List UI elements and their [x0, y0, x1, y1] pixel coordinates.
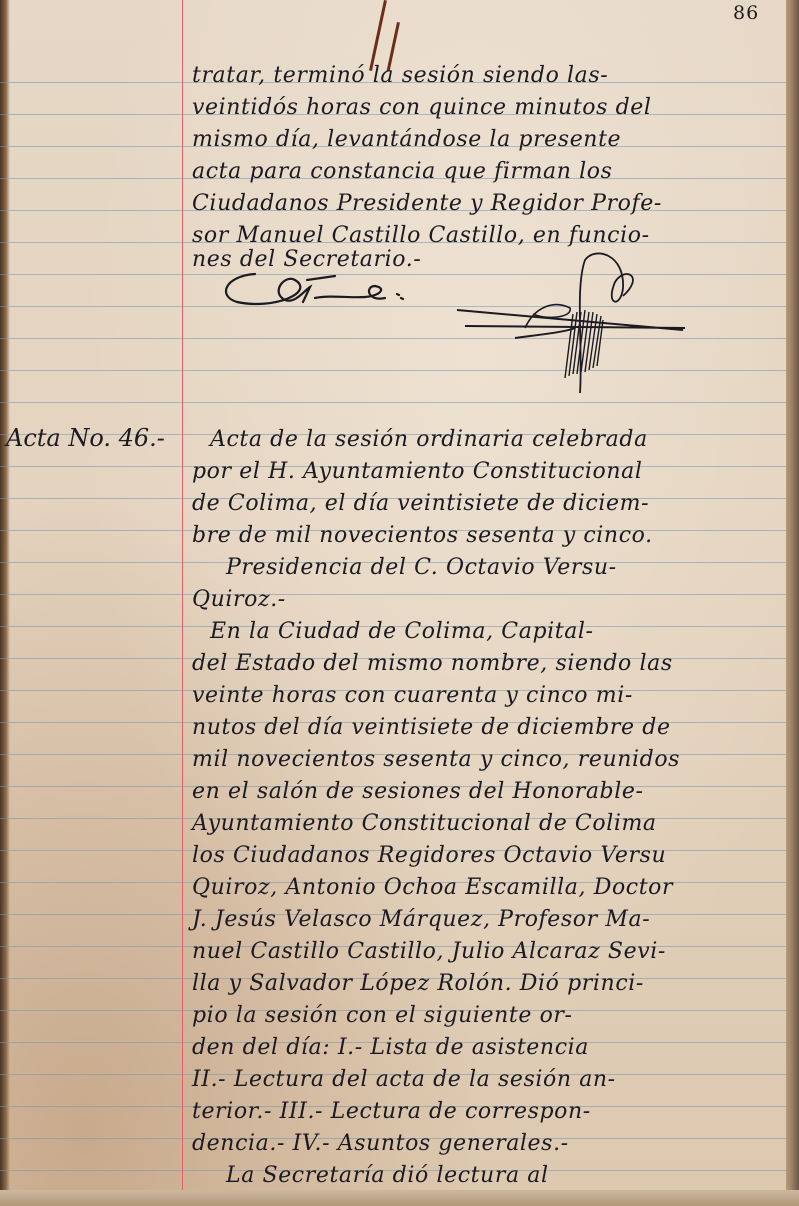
text-line: Ayuntamiento Constitucional de Colima [192, 808, 782, 840]
text-line: Presidencia del C. Octavio Versu- [226, 552, 799, 584]
text-line: tratar, terminó la sesión siendo las- [192, 60, 782, 92]
text-line: Quiroz.- [192, 584, 782, 616]
president-signature [215, 262, 445, 312]
text-line: dencia.- IV.- Asuntos generales.- [192, 1128, 782, 1160]
act-number-label: Acta No. 46.- [6, 424, 165, 452]
text-line: por el H. Ayuntamiento Constitucional [192, 456, 782, 488]
text-line: de Colima, el día veintisiete de diciem- [192, 488, 782, 520]
text-line: en el salón de sesiones del Honorable- [192, 776, 782, 808]
book-binding-shadow [0, 0, 10, 1206]
ledger-photo: 86 tratar, terminó la sesión siendo las-… [0, 0, 799, 1206]
ruled-line [0, 402, 786, 403]
text-line: En la Ciudad de Colima, Capital- [210, 616, 799, 648]
text-line: den del día: I.- Lista de asistencia [192, 1032, 782, 1064]
text-line: Quiroz, Antonio Ochoa Escamilla, Doctor [192, 872, 782, 904]
text-line: lla y Salvador López Rolón. Dió princi- [192, 968, 782, 1000]
text-line: pio la sesión con el siguiente or- [192, 1000, 782, 1032]
text-line: mismo día, levantándose la presente [192, 124, 782, 156]
text-line: bre de mil novecientos sesenta y cinco. [192, 520, 782, 552]
text-line: veinte horas con cuarenta y cinco mi- [192, 680, 782, 712]
page-edge-bottom [0, 1190, 799, 1206]
page-edge-right [786, 0, 799, 1206]
text-line: J. Jesús Velasco Márquez, Profesor Ma- [192, 904, 782, 936]
text-line: La Secretaría dió lectura al [226, 1160, 799, 1192]
text-line: veintidós horas con quince minutos del [192, 92, 782, 124]
red-margin-line [182, 0, 183, 1206]
secretary-signature [455, 248, 695, 398]
text-line: terior.- III.- Lectura de correspon- [192, 1096, 782, 1128]
text-line: mil novecientos sesenta y cinco, reunido… [192, 744, 782, 776]
text-line: Acta de la sesión ordinaria celebrada [210, 424, 799, 456]
text-line: nuel Castillo Castillo, Julio Alcaraz Se… [192, 936, 782, 968]
text-line: Ciudadanos Presidente y Regidor Profe- [192, 188, 782, 220]
text-line: II.- Lectura del acta de la sesión an- [192, 1064, 782, 1096]
text-line: nutos del día veintisiete de diciembre d… [192, 712, 782, 744]
text-line: acta para constancia que firman los [192, 156, 782, 188]
text-line: del Estado del mismo nombre, siendo las [192, 648, 782, 680]
page-number: 86 [733, 2, 759, 24]
text-line: los Ciudadanos Regidores Octavio Versu [192, 840, 782, 872]
